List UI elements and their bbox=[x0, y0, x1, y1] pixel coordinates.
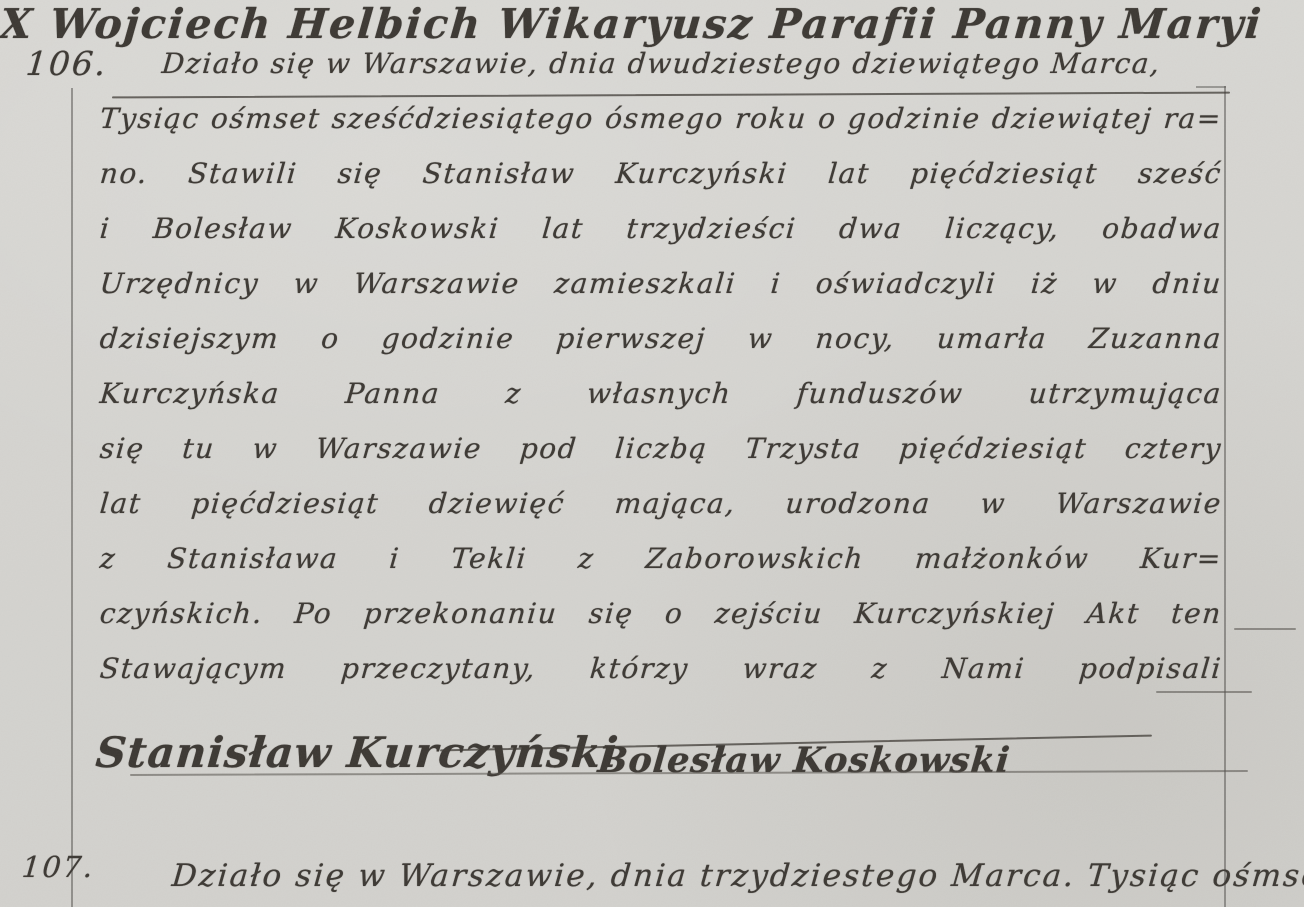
record-line: no. Stawili się Stanisław Kurczyński lat… bbox=[98, 146, 1225, 201]
margin-dash bbox=[1234, 628, 1296, 630]
record-line: Tysiąc ośmset sześćdziesiątego ósmego ro… bbox=[98, 91, 1225, 146]
record-line: lat pięćdziesiąt dziewięć mająca, urodzo… bbox=[98, 476, 1225, 531]
margin-number-106: 106. bbox=[24, 44, 109, 83]
right-margin-rule bbox=[1224, 86, 1226, 907]
record-line: Urzędnicy w Warszawie zamieszkali i oświ… bbox=[98, 256, 1225, 311]
record-line: Stawającym przeczytany, którzy wraz z Na… bbox=[98, 641, 1225, 696]
record-line: się tu w Warszawie pod liczbą Trzysta pi… bbox=[98, 421, 1225, 476]
officiant-signature: X Wojciech Helbich Wikaryusz Parafii Pan… bbox=[0, 0, 1142, 48]
margin-number-107: 107. bbox=[21, 850, 97, 884]
record-107-first-line: Działo się w Warszawie, dnia trzydzieste… bbox=[170, 858, 1223, 894]
record-line: czyńskich. Po przekonaniu się o zejściu … bbox=[98, 586, 1225, 641]
record-line: dzisiejszym o godzinie pierwszej w nocy,… bbox=[98, 311, 1225, 366]
signature-stanislaw-kurczynski: Stanisław Kurczyński bbox=[94, 728, 621, 777]
end-of-text-dash bbox=[1156, 691, 1252, 693]
record-line: Kurczyńska Panna z własnych funduszów ut… bbox=[98, 366, 1225, 421]
left-margin-rule bbox=[71, 88, 73, 907]
record-line: z Stanisława i Tekli z Zaborowskich małż… bbox=[98, 531, 1225, 586]
register-page-scan: 106. Działo się w Warszawie, dnia dwudzi… bbox=[0, 0, 1304, 907]
record-line: i Bolesław Koskowski lat trzydzieści dwa… bbox=[98, 201, 1225, 256]
record-106-body: Działo się w Warszawie, dnia dwudziesteg… bbox=[100, 36, 1222, 696]
